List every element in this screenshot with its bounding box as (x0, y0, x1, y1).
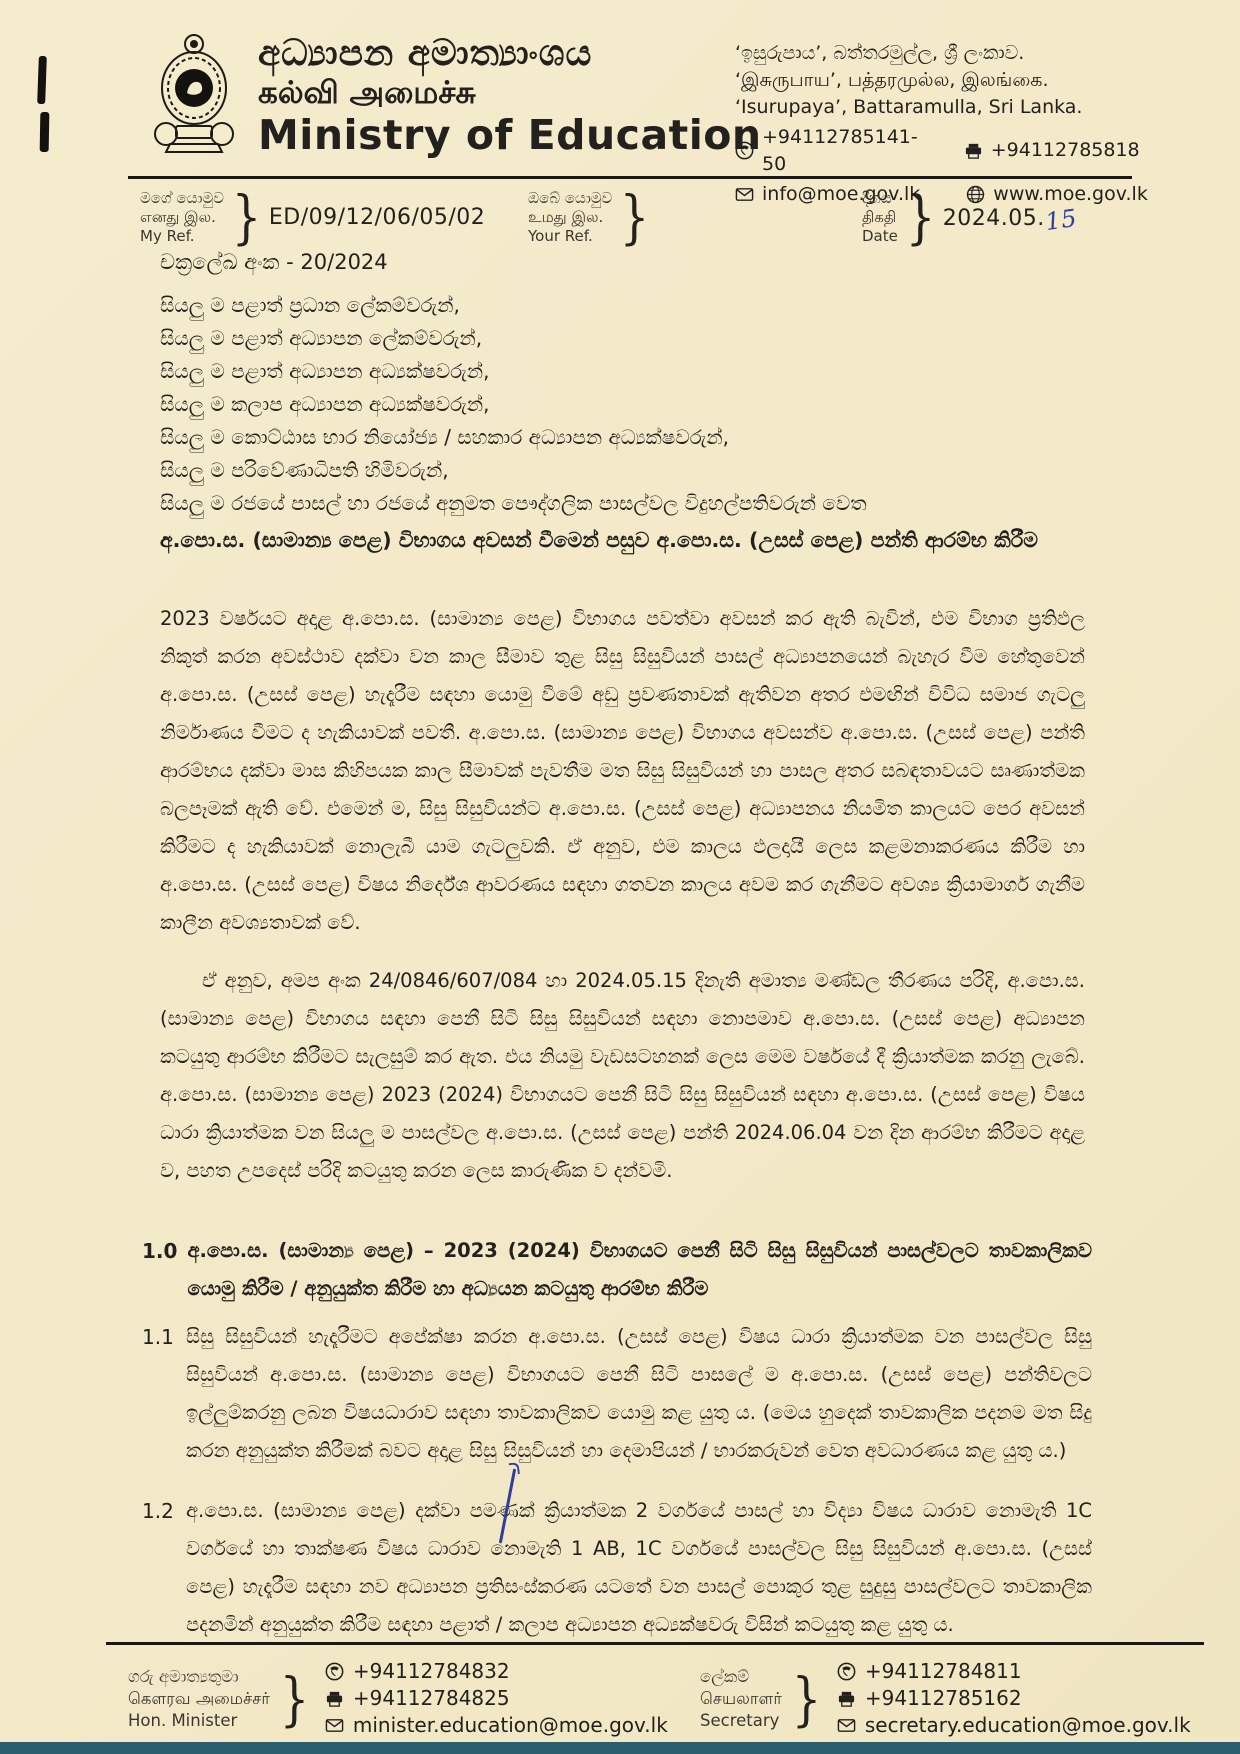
secretary-fax: +94112785162 (865, 1685, 1022, 1712)
addressee-line: සියලු ම පරිවේණාධිපති හිමිවරුන්, (160, 454, 867, 487)
email-icon (837, 1716, 856, 1735)
brace-glyph: } (906, 188, 936, 246)
subject-heading: අ.පො.ස. (සාමාන්‍ය පෙළ) විභාගය අවසන් වීමෙ… (160, 522, 1085, 559)
minister-phone: +94112784832 (353, 1658, 510, 1685)
section-1-1: 1.1 සිසු සිසුවියන් හැදෑරීමට අපේක්ෂා කරන … (142, 1318, 1092, 1470)
date-label-tamil: திகதி (862, 208, 898, 227)
addressee-list: සියලු ම පළාත් ප්‍රධාන ලේකම්වරුන්, සියලු … (160, 289, 867, 520)
addressee-line: සියලු ම කොට්ඨාස භාර නියෝජ්‍ය / සහකාර අධ්… (160, 421, 867, 454)
header-divider (128, 176, 1132, 179)
section-number: 1.1 (142, 1318, 176, 1470)
my-ref-value: ED/09/12/06/05/02 (269, 205, 485, 230)
section-number: 1.2 (142, 1492, 176, 1644)
secretary-email: secretary.education@moe.gov.lk (865, 1712, 1191, 1739)
fax-icon (325, 1689, 344, 1708)
date-block: දිනය திகதி Date } 2024.05.15 (862, 188, 1076, 246)
ministry-title-tamil: கல்வி அமைச்சு (258, 76, 762, 111)
date-label-english: Date (862, 227, 898, 246)
secretary-label-sinhala: ලේකම් (700, 1666, 782, 1688)
addressee-line: සියලු ම පළාත් අධ්‍යාපන අධ්‍යක්ෂවරුන්, (160, 355, 867, 388)
secretary-phone: +94112784811 (865, 1658, 1022, 1685)
minister-label-tamil: கௌரவ அமைச்சர் (128, 1688, 270, 1710)
fax-icon (964, 141, 983, 160)
my-ref-label-tamil: எனது இல. (140, 208, 224, 227)
bottom-accent-bar (0, 1742, 1240, 1754)
minister-label-sinhala: ගරු අමාත්‍යතුමා (128, 1666, 270, 1688)
my-ref-label-sinhala: මගේ යොමුව (140, 189, 224, 208)
minister-email: minister.education@moe.gov.lk (353, 1712, 668, 1739)
fax-icon (837, 1689, 856, 1708)
handwritten-date-day: 15 (1043, 204, 1078, 236)
ministry-title-sinhala: අධ්‍යාපන අමාත්‍යාංශය (258, 34, 762, 74)
section-number: 1.0 (142, 1232, 177, 1308)
secretary-label-english: Secretary (700, 1710, 782, 1732)
phone-icon (735, 141, 754, 160)
minister-contact-block: ගරු අමාත්‍යතුමා கௌரவ அமைச்சர் Hon. Minis… (128, 1658, 668, 1739)
minister-label-english: Hon. Minister (128, 1710, 270, 1732)
minister-fax: +94112784825 (353, 1685, 510, 1712)
phone-icon (837, 1662, 856, 1681)
your-ref-label-sinhala: ඔබේ යොමුව (528, 189, 612, 208)
secretary-label-tamil: செயலாளர் (700, 1688, 782, 1710)
brace-glyph: } (280, 1670, 310, 1728)
date-label-sinhala: දිනය (862, 189, 898, 208)
brace-glyph: } (620, 188, 650, 246)
scan-artifact (40, 112, 50, 152)
section-1-0: 1.0 අ.පො.ස. (සාමාන්‍ය පෙළ) – 2023 (2024)… (142, 1232, 1092, 1308)
phone-icon (325, 1662, 344, 1681)
my-ref-label-english: My Ref. (140, 227, 224, 246)
scan-artifact (37, 56, 47, 104)
address-english: ‘Isurupaya’, Battaramulla, Sri Lanka. (735, 94, 1135, 121)
header-phone: +94112785141-50 (762, 124, 918, 178)
email-icon (735, 185, 754, 204)
section-1-1-text: සිසු සිසුවියන් හැදෑරීමට අපේක්ෂා කරන අ.පො… (186, 1318, 1092, 1470)
addressee-line: සියලු ම කලාප අධ්‍යාපන අධ්‍යක්ෂවරුන්, (160, 388, 867, 421)
section-1-2: 1.2 අ.පො.ස. (සාමාන්‍ය පෙළ) දක්වා පමණක් ක… (142, 1492, 1092, 1644)
addressee-line: සියලු ම පළාත් ප්‍රධාන ලේකම්වරුන්, (160, 289, 867, 322)
ministry-title-english: Ministry of Education (258, 113, 762, 159)
ministry-title-block: අධ්‍යාපන අමාත්‍යාංශය கல்வி அமைச்சு Minis… (258, 34, 762, 159)
email-icon (325, 1716, 344, 1735)
brace-glyph: } (232, 188, 262, 246)
addressee-line: සියලු ම රජයේ පාසල් හා රජයේ අනුමත පෞද්ගලි… (160, 487, 867, 520)
paragraph-2: ඒ අනුව, අමප අංක 24/0846/607/084 හා 2024.… (160, 962, 1085, 1190)
brace-glyph: } (792, 1670, 822, 1728)
your-ref-label-english: Your Ref. (528, 227, 612, 246)
header-fax: +94112785818 (991, 137, 1140, 164)
paragraph-1: 2023 වර්ෂයට අදාළ අ.පො.ස. (සාමාන්‍ය පෙළ) … (160, 600, 1085, 942)
addressee-line: සියලු ම පළාත් අධ්‍යාපන ලේකම්වරුන්, (160, 322, 867, 355)
address-sinhala: ‘ඉසුරුපාය’, බත්තරමුල්ල, ශ්‍රී ලංකාව. (735, 40, 1135, 67)
my-ref-block: මගේ යොමුව எனது இல. My Ref. } ED/09/12/06… (140, 188, 485, 246)
your-ref-label-tamil: உமது இல. (528, 208, 612, 227)
section-1-0-heading: අ.පො.ස. (සාමාන්‍ය පෙළ) – 2023 (2024) විභ… (187, 1232, 1092, 1308)
sri-lanka-emblem-logo (146, 30, 242, 162)
address-tamil: ‘இசுருபாய’, பத்தரமுல்ல, இலங்கை. (735, 67, 1135, 94)
secretary-contact-block: ලේකම් செயலாளர் Secretary } +94112784811 … (700, 1658, 1191, 1739)
date-value: 2024.05. (943, 206, 1045, 231)
your-ref-block: ඔබේ යොමුව உமது இல. Your Ref. } (528, 188, 653, 246)
section-1-2-text: අ.පො.ස. (සාමාන්‍ය පෙළ) දක්වා පමණක් ක්‍රි… (186, 1492, 1092, 1644)
paragraph-2-text: ඒ අනුව, අමප අංක 24/0846/607/084 හා 2024.… (160, 969, 1085, 1182)
footer-divider (106, 1642, 1204, 1645)
circular-number: චක්‍රලේඛ අංක - 20/2024 (160, 250, 388, 275)
scanned-letter-page: අධ්‍යාපන අමාත්‍යාංශය கல்வி அமைச்சு Minis… (0, 0, 1240, 1754)
